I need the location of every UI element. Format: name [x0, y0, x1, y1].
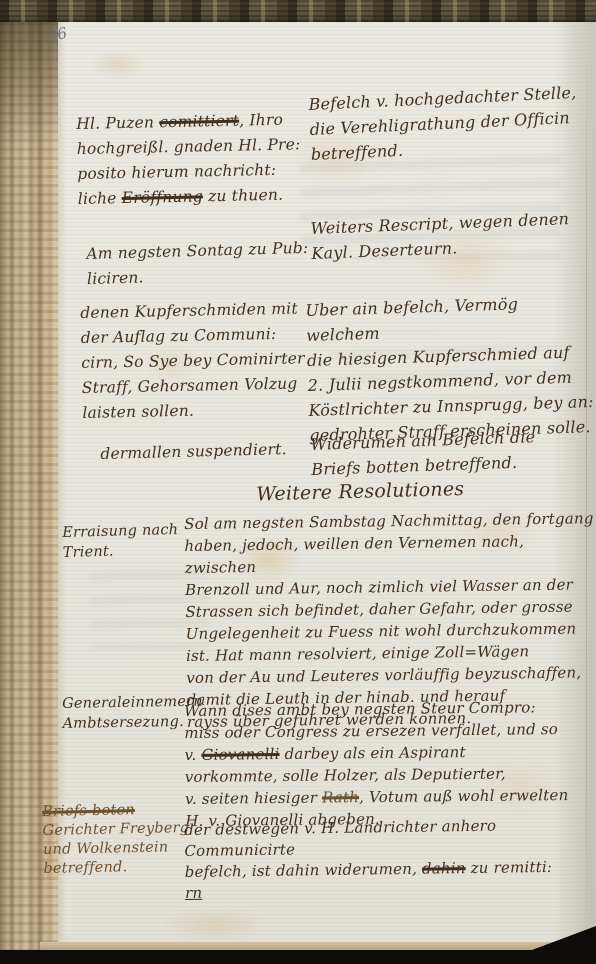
- margin-text: Erraisung nach Trient.: [62, 522, 178, 561]
- entry-left-note: Hl. Puzen comittiert, Ihro hochgreißl. g…: [76, 107, 313, 212]
- main-paragraph: Wann dises ambt bey negsten Steur Compro…: [184, 696, 596, 832]
- entry-right-text: Widerumen ain Befelch die Briefs botten …: [310, 422, 592, 482]
- entry-text: Weiters Rescript, wegen denen Kayl. Dese…: [310, 209, 569, 263]
- note-text: zu thuen.: [203, 186, 284, 206]
- margin-text: Generaleinnemern Ambtsersezung.: [62, 694, 203, 732]
- note-text: dermallen suspendiert.: [100, 440, 287, 463]
- scan-background-corner: [516, 926, 596, 956]
- struck-text: dahin: [422, 859, 466, 878]
- manuscript-scan: 56 Hl. Puzen comittiert, Ihro hochgreißl…: [0, 0, 596, 964]
- struck-text: Eröffnung: [122, 187, 204, 207]
- struck-text: Briefs-boten: [42, 802, 135, 820]
- margin-note: Generaleinnemern Ambtsersezung.: [62, 692, 193, 734]
- entry-text: Uber ain befelch, Vermög welchem die hie…: [305, 294, 594, 445]
- scan-background-band: [0, 950, 596, 964]
- struck-text: Rath: [322, 788, 359, 806]
- entry-left-note: Am negsten Sontag zu Pub: liciren.: [86, 235, 327, 292]
- note-text: Am negsten Sontag zu Pub: liciren.: [86, 239, 308, 288]
- book-cover-top-edge: [0, 0, 596, 22]
- note-text: denen Kupferschmiden mit der Auflag zu C…: [80, 299, 305, 422]
- entry-text: Widerumen ain Befelch die Briefs botten …: [310, 427, 535, 479]
- entry-left-note: denen Kupferschmiden mit der Auflag zu C…: [80, 296, 318, 426]
- note-text: Hl. Puzen: [76, 113, 159, 133]
- struck-text: comittiert: [159, 112, 239, 132]
- struck-text: Giovanelli: [201, 745, 279, 764]
- entry-right-text: Befelch v. hochgedachter Stelle, die Ver…: [308, 79, 596, 167]
- entry-text: Befelch v. hochgedachter Stelle, die Ver…: [308, 83, 577, 164]
- margin-note: Erraisung nach Trient.: [62, 520, 188, 563]
- main-paragraph: der destwegen v. H. Landrichter anhero C…: [184, 814, 596, 904]
- paragraph-text: zu remitti:: [466, 858, 553, 877]
- margin-note: Briefs-boten Gerichter Freyberg und Wolk…: [42, 800, 194, 879]
